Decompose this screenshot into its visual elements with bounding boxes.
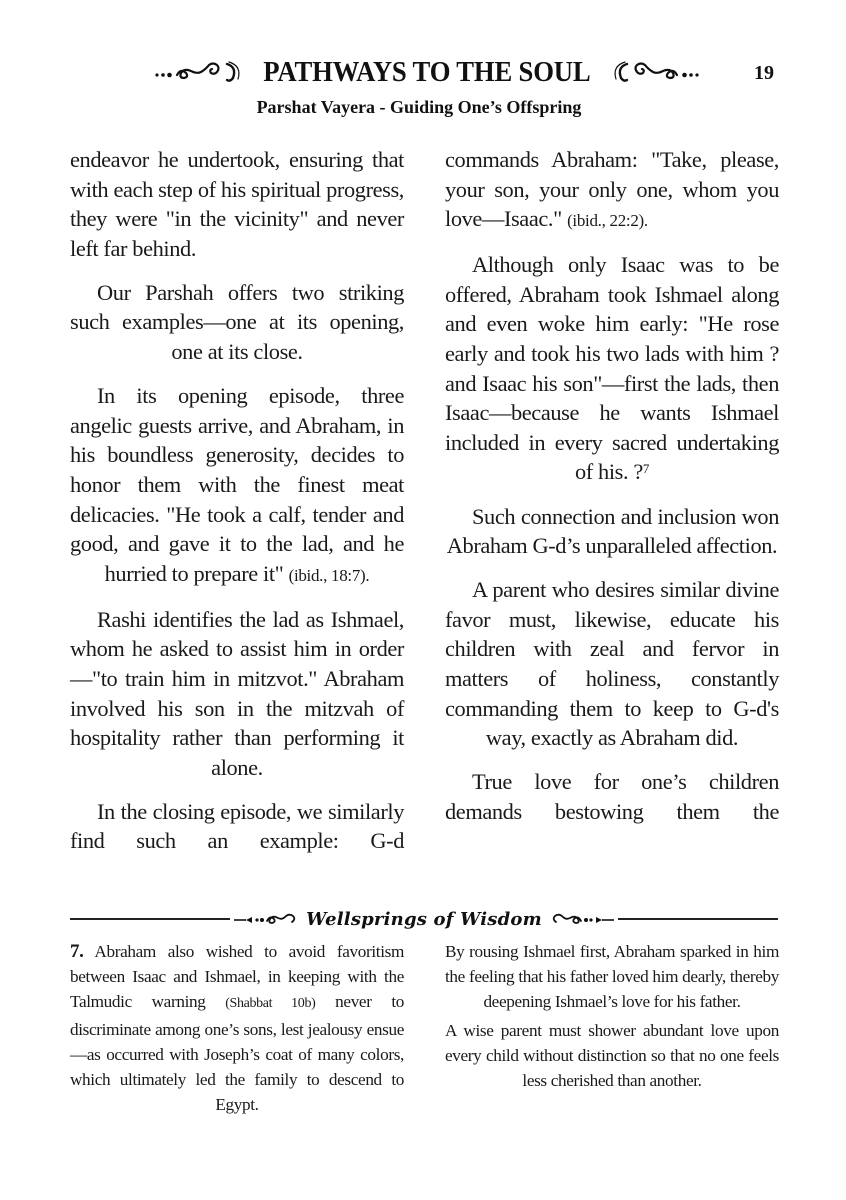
footnote-paragraph: A wise parent must shower abundant love …	[445, 1018, 779, 1094]
divider-rule	[70, 918, 230, 920]
paragraph-text: In its opening episode, three angelic gu…	[70, 383, 404, 586]
paragraph: Our Parshah offers two striking such exa…	[70, 278, 404, 367]
scroll-ornament-right-icon	[609, 60, 701, 84]
right-text-column: commands Abraham: "Take, please, your so…	[445, 145, 779, 841]
paragraph-text: Rashi identifies the lad as Ishmael, who…	[70, 607, 404, 780]
footnote-right: By rousing Ishmael first, Abraham sparke…	[445, 939, 779, 1096]
page-number: 19	[754, 62, 774, 85]
scroll-ornament-left-icon	[153, 60, 245, 84]
paragraph: endeavor he undertook, ensuring that wit…	[70, 145, 404, 263]
paragraph: In the closing episode, we similarly fin…	[70, 797, 404, 856]
talmud-reference: (Shabbat 10b)	[225, 996, 315, 1011]
scroll-ornament-right-icon	[546, 910, 616, 928]
paragraph-text: A parent who desires similar divine favo…	[445, 577, 779, 750]
footnote-text: A wise parent must shower abundant love …	[445, 1021, 779, 1090]
paragraph-text: endeavor he undertook, ensuring that wit…	[70, 147, 404, 261]
paragraph-text: In the closing episode, we similarly fin…	[70, 799, 404, 854]
book-title: PATHWAYS TO THE SOUL	[263, 56, 590, 89]
scripture-reference: (ibid., 22:2).	[567, 211, 648, 230]
paragraph: Rashi identifies the lad as Ishmael, who…	[70, 605, 404, 783]
footnote: 7. Abraham also wished to avoid favoriti…	[70, 939, 404, 1117]
footnote-text: By rousing Ishmael first, Abraham sparke…	[445, 942, 779, 1011]
divider-heading: Wellsprings of Wisdom	[232, 909, 616, 930]
divider-rule	[618, 918, 778, 920]
chapter-subtitle: Parshat Vayera - Guiding One’s Offspring	[0, 97, 846, 118]
scripture-reference: (ibid., 18:7).	[289, 566, 370, 585]
footnote-paragraph: By rousing Ishmael first, Abraham sparke…	[445, 939, 779, 1015]
footnote-number: 7.	[70, 941, 84, 962]
wellsprings-heading: Wellsprings of Wisdom	[306, 909, 542, 930]
paragraph: commands Abraham: "Take, please, your so…	[445, 145, 779, 236]
scroll-ornament-left-icon	[232, 910, 302, 928]
paragraph: A parent who desires similar divine favo…	[445, 575, 779, 753]
footnote-left: 7. Abraham also wished to avoid favoriti…	[70, 939, 404, 1120]
section-divider: Wellsprings of Wisdom	[70, 907, 778, 931]
left-text-column: endeavor he undertook, ensuring that wit…	[70, 145, 404, 871]
paragraph: In its opening episode, three angelic gu…	[70, 381, 404, 590]
page-header: PATHWAYS TO THE SOUL 19	[0, 52, 846, 92]
paragraph: True love for one’s children demands bes…	[445, 767, 779, 826]
paragraph: Such connection and inclusion won Abraha…	[445, 502, 779, 561]
paragraph-text: Although only Isaac was to be offered, A…	[445, 252, 779, 484]
footnote-marker[interactable]: 7	[643, 461, 649, 476]
paragraph-text: True love for one’s children demands bes…	[445, 769, 779, 824]
paragraph: Although only Isaac was to be offered, A…	[445, 250, 779, 487]
paragraph-text: Such connection and inclusion won Abraha…	[447, 504, 779, 559]
paragraph-text: Our Parshah offers two striking such exa…	[70, 280, 404, 364]
running-title: PATHWAYS TO THE SOUL	[132, 52, 722, 92]
